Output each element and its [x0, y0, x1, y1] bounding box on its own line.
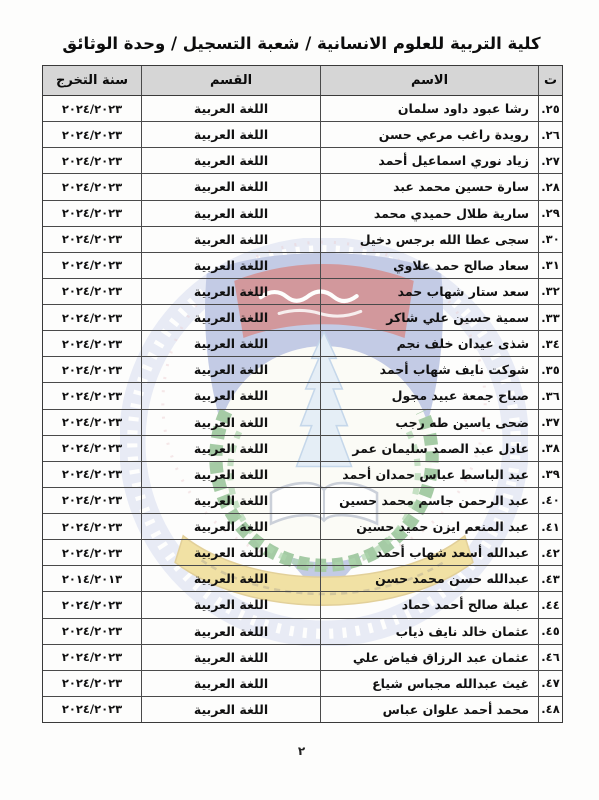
department-cell: اللغة العربية: [142, 174, 321, 199]
table-row: ٤٢. عبدالله أسعد شهاب أحمد اللغة العربية…: [43, 540, 562, 566]
student-name-cell: شذى عيدان خلف نجم: [321, 331, 539, 356]
student-name-cell: زياد نوري اسماعيل أحمد: [321, 148, 539, 173]
row-index-cell: ٢٧.: [539, 148, 562, 173]
student-name-cell: محمد أحمد علوان عباس: [321, 697, 539, 722]
department-cell: اللغة العربية: [142, 462, 321, 487]
row-index-cell: ٤٤.: [539, 592, 562, 617]
student-name-cell: غيث عبدالله مجباس شياع: [321, 671, 539, 696]
student-name-cell: ضحى ياسين طه رجب: [321, 410, 539, 435]
graduation-year-cell: ٢٠١٤/٢٠١٣: [43, 566, 142, 591]
graduation-year-cell: ٢٠٢٤/٢٠٢٣: [43, 383, 142, 408]
student-name-cell: سعاد صالح حمد علاوي: [321, 253, 539, 278]
graduation-year-cell: ٢٠٢٤/٢٠٢٣: [43, 331, 142, 356]
student-name-cell: صباح جمعة عبيد مجول: [321, 383, 539, 408]
department-cell: اللغة العربية: [142, 566, 321, 591]
student-name-cell: رشا عبود داود سلمان: [321, 96, 539, 121]
department-cell: اللغة العربية: [142, 514, 321, 539]
department-cell: اللغة العربية: [142, 279, 321, 304]
department-cell: اللغة العربية: [142, 697, 321, 722]
row-index-cell: ٣٥.: [539, 357, 562, 382]
row-index-cell: ٤٦.: [539, 645, 562, 670]
graduation-year-cell: ٢٠٢٤/٢٠٢٣: [43, 148, 142, 173]
student-name-cell: عبدالله حسن محمد حسن: [321, 566, 539, 591]
table-row: ٣٩. عبد الباسط عباس حمدان أحمد اللغة الع…: [43, 462, 562, 488]
row-index-cell: ٣٢.: [539, 279, 562, 304]
graduation-year-cell: ٢٠٢٤/٢٠٢٣: [43, 488, 142, 513]
graduation-year-cell: ٢٠٢٤/٢٠٢٣: [43, 201, 142, 226]
page-number: ٢: [40, 744, 563, 758]
student-name-cell: عبدالله أسعد شهاب أحمد: [321, 540, 539, 565]
table-row: ٢٥. رشا عبود داود سلمان اللغة العربية ٢٠…: [43, 96, 562, 122]
graduation-year-cell: ٢٠٢٤/٢٠٢٣: [43, 357, 142, 382]
row-index-cell: ٤٠.: [539, 488, 562, 513]
student-name-cell: عبد الرحمن جاسم محمد حسين: [321, 488, 539, 513]
row-index-cell: ٢٩.: [539, 201, 562, 226]
table-row: ٣٢. سعد ستار شهاب حمد اللغة العربية ٢٠٢٤…: [43, 279, 562, 305]
graduation-year-cell: ٢٠٢٤/٢٠٢٣: [43, 410, 142, 435]
graduation-year-cell: ٢٠٢٤/٢٠٢٣: [43, 645, 142, 670]
table-row: ٣٣. سمية حسين علي شاكر اللغة العربية ٢٠٢…: [43, 305, 562, 331]
row-index-cell: ٤٧.: [539, 671, 562, 696]
graduation-year-cell: ٢٠٢٤/٢٠٢٣: [43, 514, 142, 539]
graduation-year-cell: ٢٠٢٤/٢٠٢٣: [43, 174, 142, 199]
row-index-cell: ٣٣.: [539, 305, 562, 330]
department-cell: اللغة العربية: [142, 645, 321, 670]
table-row: ٢٦. رويدة راغب مرعي حسن اللغة العربية ٢٠…: [43, 122, 562, 148]
department-cell: اللغة العربية: [142, 122, 321, 147]
row-index-cell: ٣٩.: [539, 462, 562, 487]
department-cell: اللغة العربية: [142, 96, 321, 121]
row-index-cell: ٢٥.: [539, 96, 562, 121]
student-name-cell: عبد الباسط عباس حمدان أحمد: [321, 462, 539, 487]
row-index-cell: ٣٧.: [539, 410, 562, 435]
department-cell: اللغة العربية: [142, 436, 321, 461]
row-index-cell: ٤٥.: [539, 619, 562, 644]
header-index: ت: [539, 66, 562, 95]
row-index-cell: ٢٦.: [539, 122, 562, 147]
student-name-cell: عثمان خالد نايف ذياب: [321, 619, 539, 644]
student-name-cell: سعد ستار شهاب حمد: [321, 279, 539, 304]
row-index-cell: ٣١.: [539, 253, 562, 278]
graduation-year-cell: ٢٠٢٤/٢٠٢٣: [43, 279, 142, 304]
table-row: ٣٦. صباح جمعة عبيد مجول اللغة العربية ٢٠…: [43, 383, 562, 409]
scanned-document-page: كلية التربية للعلوم الانسانية / شعبة الت…: [0, 0, 599, 800]
graduation-year-cell: ٢٠٢٤/٢٠٢٣: [43, 619, 142, 644]
table-row: ٣٨. عادل عبد الصمد سليمان عمر اللغة العر…: [43, 436, 562, 462]
table-row: ٤٧. غيث عبدالله مجباس شياع اللغة العربية…: [43, 671, 562, 697]
table-row: ٤٠. عبد الرحمن جاسم محمد حسين اللغة العر…: [43, 488, 562, 514]
student-name-cell: رويدة راغب مرعي حسن: [321, 122, 539, 147]
department-cell: اللغة العربية: [142, 305, 321, 330]
row-index-cell: ٣٤.: [539, 331, 562, 356]
row-index-cell: ٤١.: [539, 514, 562, 539]
graduation-year-cell: ٢٠٢٤/٢٠٢٣: [43, 96, 142, 121]
page-title: كلية التربية للعلوم الانسانية / شعبة الت…: [40, 34, 563, 53]
table-row: ٢٩. سارية طلال حميدي محمد اللغة العربية …: [43, 201, 562, 227]
graduation-year-cell: ٢٠٢٤/٢٠٢٣: [43, 697, 142, 722]
table-row: ٢٨. سارة حسين محمد عبد اللغة العربية ٢٠٢…: [43, 174, 562, 200]
row-index-cell: ٣٠.: [539, 227, 562, 252]
student-name-cell: سمية حسين علي شاكر: [321, 305, 539, 330]
graduation-year-cell: ٢٠٢٤/٢٠٢٣: [43, 122, 142, 147]
graduation-year-cell: ٢٠٢٤/٢٠٢٣: [43, 462, 142, 487]
table-row: ٢٧. زياد نوري اسماعيل أحمد اللغة العربية…: [43, 148, 562, 174]
students-table: ت الاسم القسم سنة التخرج ٢٥. رشا عبود دا…: [42, 65, 563, 723]
row-index-cell: ٢٨.: [539, 174, 562, 199]
student-name-cell: عادل عبد الصمد سليمان عمر: [321, 436, 539, 461]
table-header-row: ت الاسم القسم سنة التخرج: [43, 66, 562, 96]
department-cell: اللغة العربية: [142, 410, 321, 435]
table-row: ٤٣. عبدالله حسن محمد حسن اللغة العربية ٢…: [43, 566, 562, 592]
header-department: القسم: [142, 66, 321, 95]
student-name-cell: عثمان عبد الرزاق فياض علي: [321, 645, 539, 670]
graduation-year-cell: ٢٠٢٤/٢٠٢٣: [43, 227, 142, 252]
row-index-cell: ٤٢.: [539, 540, 562, 565]
department-cell: اللغة العربية: [142, 671, 321, 696]
table-row: ٣١. سعاد صالح حمد علاوي اللغة العربية ٢٠…: [43, 253, 562, 279]
header-name: الاسم: [321, 66, 539, 95]
department-cell: اللغة العربية: [142, 357, 321, 382]
table-row: ٤٥. عثمان خالد نايف ذياب اللغة العربية ٢…: [43, 619, 562, 645]
table-row: ٣٧. ضحى ياسين طه رجب اللغة العربية ٢٠٢٤/…: [43, 410, 562, 436]
department-cell: اللغة العربية: [142, 201, 321, 226]
row-index-cell: ٣٨.: [539, 436, 562, 461]
department-cell: اللغة العربية: [142, 383, 321, 408]
table-row: ٤٨. محمد أحمد علوان عباس اللغة العربية ٢…: [43, 697, 562, 722]
table-row: ٣٤. شذى عيدان خلف نجم اللغة العربية ٢٠٢٤…: [43, 331, 562, 357]
department-cell: اللغة العربية: [142, 488, 321, 513]
department-cell: اللغة العربية: [142, 227, 321, 252]
graduation-year-cell: ٢٠٢٤/٢٠٢٣: [43, 305, 142, 330]
department-cell: اللغة العربية: [142, 148, 321, 173]
graduation-year-cell: ٢٠٢٤/٢٠٢٣: [43, 540, 142, 565]
table-row: ٣٥. شوكت نايف شهاب أحمد اللغة العربية ٢٠…: [43, 357, 562, 383]
student-name-cell: سارية طلال حميدي محمد: [321, 201, 539, 226]
department-cell: اللغة العربية: [142, 540, 321, 565]
graduation-year-cell: ٢٠٢٤/٢٠٢٣: [43, 671, 142, 696]
department-cell: اللغة العربية: [142, 331, 321, 356]
table-row: ٤٤. عبلة صالح أحمد حماد اللغة العربية ٢٠…: [43, 592, 562, 618]
student-name-cell: عبد المنعم ايزن حميد حسين: [321, 514, 539, 539]
department-cell: اللغة العربية: [142, 253, 321, 278]
department-cell: اللغة العربية: [142, 619, 321, 644]
graduation-year-cell: ٢٠٢٤/٢٠٢٣: [43, 436, 142, 461]
graduation-year-cell: ٢٠٢٤/٢٠٢٣: [43, 592, 142, 617]
table-row: ٤٦. عثمان عبد الرزاق فياض علي اللغة العر…: [43, 645, 562, 671]
student-name-cell: عبلة صالح أحمد حماد: [321, 592, 539, 617]
row-index-cell: ٣٦.: [539, 383, 562, 408]
student-name-cell: شوكت نايف شهاب أحمد: [321, 357, 539, 382]
student-name-cell: سارة حسين محمد عبد: [321, 174, 539, 199]
table-row: ٤١. عبد المنعم ايزن حميد حسين اللغة العر…: [43, 514, 562, 540]
header-graduation-year: سنة التخرج: [43, 66, 142, 95]
student-name-cell: سجى عطا الله برجس دخيل: [321, 227, 539, 252]
row-index-cell: ٤٣.: [539, 566, 562, 591]
table-row: ٣٠. سجى عطا الله برجس دخيل اللغة العربية…: [43, 227, 562, 253]
department-cell: اللغة العربية: [142, 592, 321, 617]
graduation-year-cell: ٢٠٢٤/٢٠٢٣: [43, 253, 142, 278]
row-index-cell: ٤٨.: [539, 697, 562, 722]
